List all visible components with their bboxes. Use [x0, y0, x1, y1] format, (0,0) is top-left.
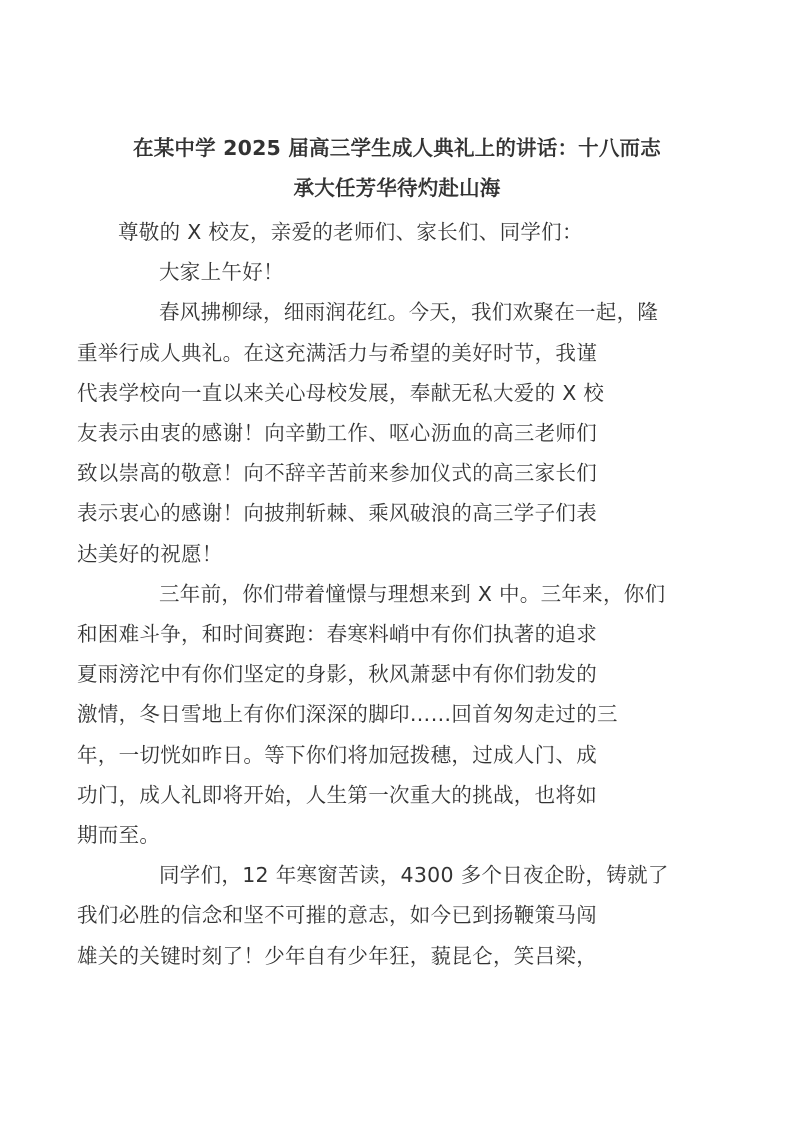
text-line: 致以崇高的敬意！向不辞辛苦前来参加仪式的高三家长们 [118, 453, 676, 493]
text-line: 年，一切恍如昨日。等下你们将加冠拨穗，过成人门、成 [118, 735, 676, 775]
text-line: 达美好的祝愿！ [118, 534, 676, 574]
text-line: 和困难斗争，和时间赛跑：春寒料峭中有你们执著的追求 [118, 614, 676, 654]
text-line: 春风拂柳绿，细雨润花红。今天，我们欢聚在一起，隆 [118, 292, 676, 332]
text-line: 大家上午好！ [118, 252, 676, 292]
title-line-2: 承大任芳华待灼赴山海 [118, 168, 676, 208]
salutation: 尊敬的 X 校友，亲爱的老师们、家长们、同学们： [118, 212, 676, 252]
paragraph-students: 同学们，12 年寒窗苦读，4300 多个日夜企盼，铸就了 我们必胜的信念和坚不可… [118, 855, 676, 976]
text-line: 我们必胜的信念和坚不可摧的意志，如今已到扬鞭策马闯 [118, 895, 676, 935]
paragraph-three-years: 三年前，你们带着憧憬与理想来到 X 中。三年来，你们 和困难斗争，和时间赛跑：春… [118, 574, 676, 855]
text-line: 同学们，12 年寒窗苦读，4300 多个日夜企盼，铸就了 [118, 855, 676, 895]
text-line: 激情，冬日雪地上有你们深深的脚印……回首匆匆走过的三 [118, 694, 676, 734]
text-line: 重举行成人典礼。在这充满活力与希望的美好时节，我谨 [118, 333, 676, 373]
title-line-1: 在某中学 2025 届高三学生成人典礼上的讲话：十八而志 [118, 128, 676, 168]
text-line: 期而至。 [118, 815, 676, 855]
document-body: 尊敬的 X 校友，亲爱的老师们、家长们、同学们： 大家上午好！ 春风拂柳绿，细雨… [118, 212, 676, 976]
text-line: 功门，成人礼即将开始，人生第一次重大的挑战，也将如 [118, 775, 676, 815]
text-line: 夏雨滂沱中有你们坚定的身影，秋风萧瑟中有你们勃发的 [118, 654, 676, 694]
document-page: 在某中学 2025 届高三学生成人典礼上的讲话：十八而志 承大任芳华待灼赴山海 … [118, 128, 676, 976]
paragraph-greeting: 大家上午好！ [118, 252, 676, 292]
text-line: 代表学校向一直以来关心母校发展，奉献无私大爱的 X 校 [118, 373, 676, 413]
text-line: 三年前，你们带着憧憬与理想来到 X 中。三年来，你们 [118, 574, 676, 614]
document-title: 在某中学 2025 届高三学生成人典礼上的讲话：十八而志 承大任芳华待灼赴山海 [118, 128, 676, 208]
text-line: 友表示由衷的感谢！向辛勤工作、呕心沥血的高三老师们 [118, 413, 676, 453]
text-line: 表示衷心的感谢！向披荆斩棘、乘风破浪的高三学子们表 [118, 493, 676, 533]
paragraph-welcome: 春风拂柳绿，细雨润花红。今天，我们欢聚在一起，隆 重举行成人典礼。在这充满活力与… [118, 292, 676, 573]
text-line: 雄关的关键时刻了！少年自有少年狂，藐昆仑，笑吕梁， [118, 936, 676, 976]
